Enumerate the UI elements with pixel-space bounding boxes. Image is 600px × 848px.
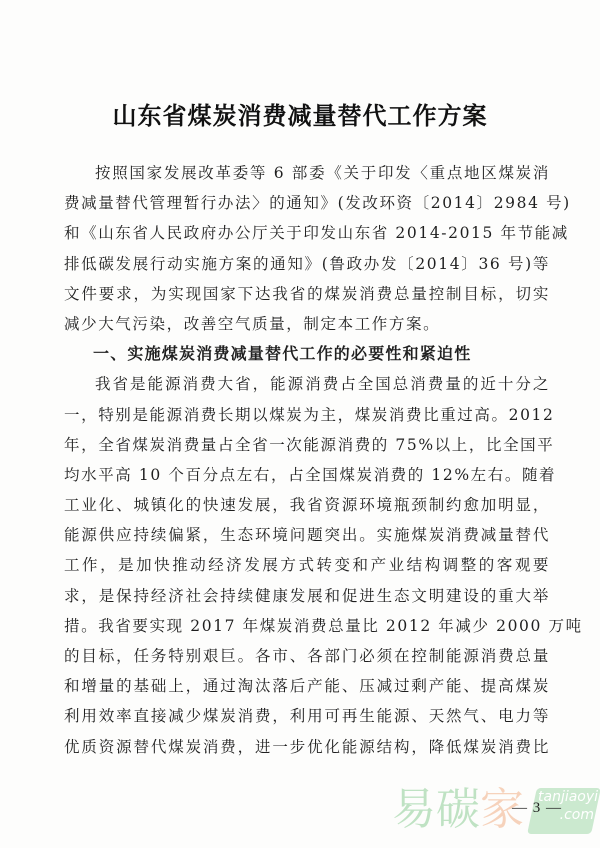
paragraph-line: 能源供应持续偏紧，生态环境问题突出。实施煤炭消费减量替代 bbox=[64, 520, 550, 550]
watermark-char: 易 bbox=[392, 780, 436, 840]
paragraph-line: 利用效率直接减少煤炭消费，利用可再生能源、天然气、电力等 bbox=[64, 701, 550, 731]
paragraph-line: 排低碳发展行动实施方案的通知》(鲁政办发〔2014〕36 号)等 bbox=[64, 249, 550, 279]
paragraph-line: 减少大气污染，改善空气质量，制定本工作方案。 bbox=[64, 309, 550, 339]
watermark-logo: 易 碳 家 tanjiaoyi .com bbox=[392, 780, 592, 840]
paragraph-line: 年，全省煤炭消费量占全省一次能源消费的 75%以上，比全国平 bbox=[64, 430, 550, 460]
document-page: 山东省煤炭消费减量替代工作方案 按照国家发展改革委等 6 部委《关于印发〈重点地… bbox=[0, 0, 600, 848]
paragraph-line: 我省是能源消费大省，能源消费占全国总消费量的近十分之 bbox=[64, 369, 550, 399]
paragraph-line: 按照国家发展改革委等 6 部委《关于印发〈重点地区煤炭消 bbox=[64, 158, 550, 188]
paragraph-line: 费减量替代管理暂行办法〉的通知》(发改环资〔2014〕2984 号) bbox=[64, 188, 550, 218]
paragraph-line: 文件要求，为实现国家下达我省的煤炭消费总量控制目标，切实 bbox=[64, 279, 550, 309]
paragraph-line: 的目标，任务特别艰巨。各市、各部门必须在控制能源消费总量 bbox=[64, 641, 550, 671]
paragraph-line: 工业化、城镇化的快速发展，我省资源环境瓶颈制约愈加明显， bbox=[64, 490, 550, 520]
paragraph-line: 工作，是加快推动经济发展方式转变和产业结构调整的客观要 bbox=[64, 550, 550, 580]
paragraph-line: 和《山东省人民政府办公厅关于印发山东省 2014-2015 年节能减 bbox=[64, 218, 550, 248]
watermark-char: 碳 bbox=[436, 780, 480, 840]
paragraph-line: 措。我省要实现 2017 年煤炭消费总量比 2012 年减少 2000 万吨 bbox=[64, 611, 550, 641]
paragraph-line: 一，特别是能源消费长期以煤炭为主，煤炭消费比重过高。2012 bbox=[64, 400, 550, 430]
document-title: 山东省煤炭消费减量替代工作方案 bbox=[0, 96, 600, 131]
document-body: 按照国家发展改革委等 6 部委《关于印发〈重点地区煤炭消 费减量替代管理暂行办法… bbox=[64, 158, 550, 762]
section-heading: 一、实施煤炭消费减量替代工作的必要性和紧迫性 bbox=[64, 339, 550, 369]
paragraph-line: 求，是保持经济社会持续健康发展和促进生态文明建设的重大举 bbox=[64, 581, 550, 611]
paragraph-line: 和增量的基础上，通过淘汰落后产能、压减过剩产能、提高煤炭 bbox=[64, 671, 550, 701]
page-number: — 3 — bbox=[512, 800, 562, 817]
paragraph-line: 优质资源替代煤炭消费，进一步优化能源结构，降低煤炭消费比 bbox=[64, 732, 550, 762]
paragraph-line: 均水平高 10 个百分点左右，占全国煤炭消费的 12%左右。随着 bbox=[64, 460, 550, 490]
